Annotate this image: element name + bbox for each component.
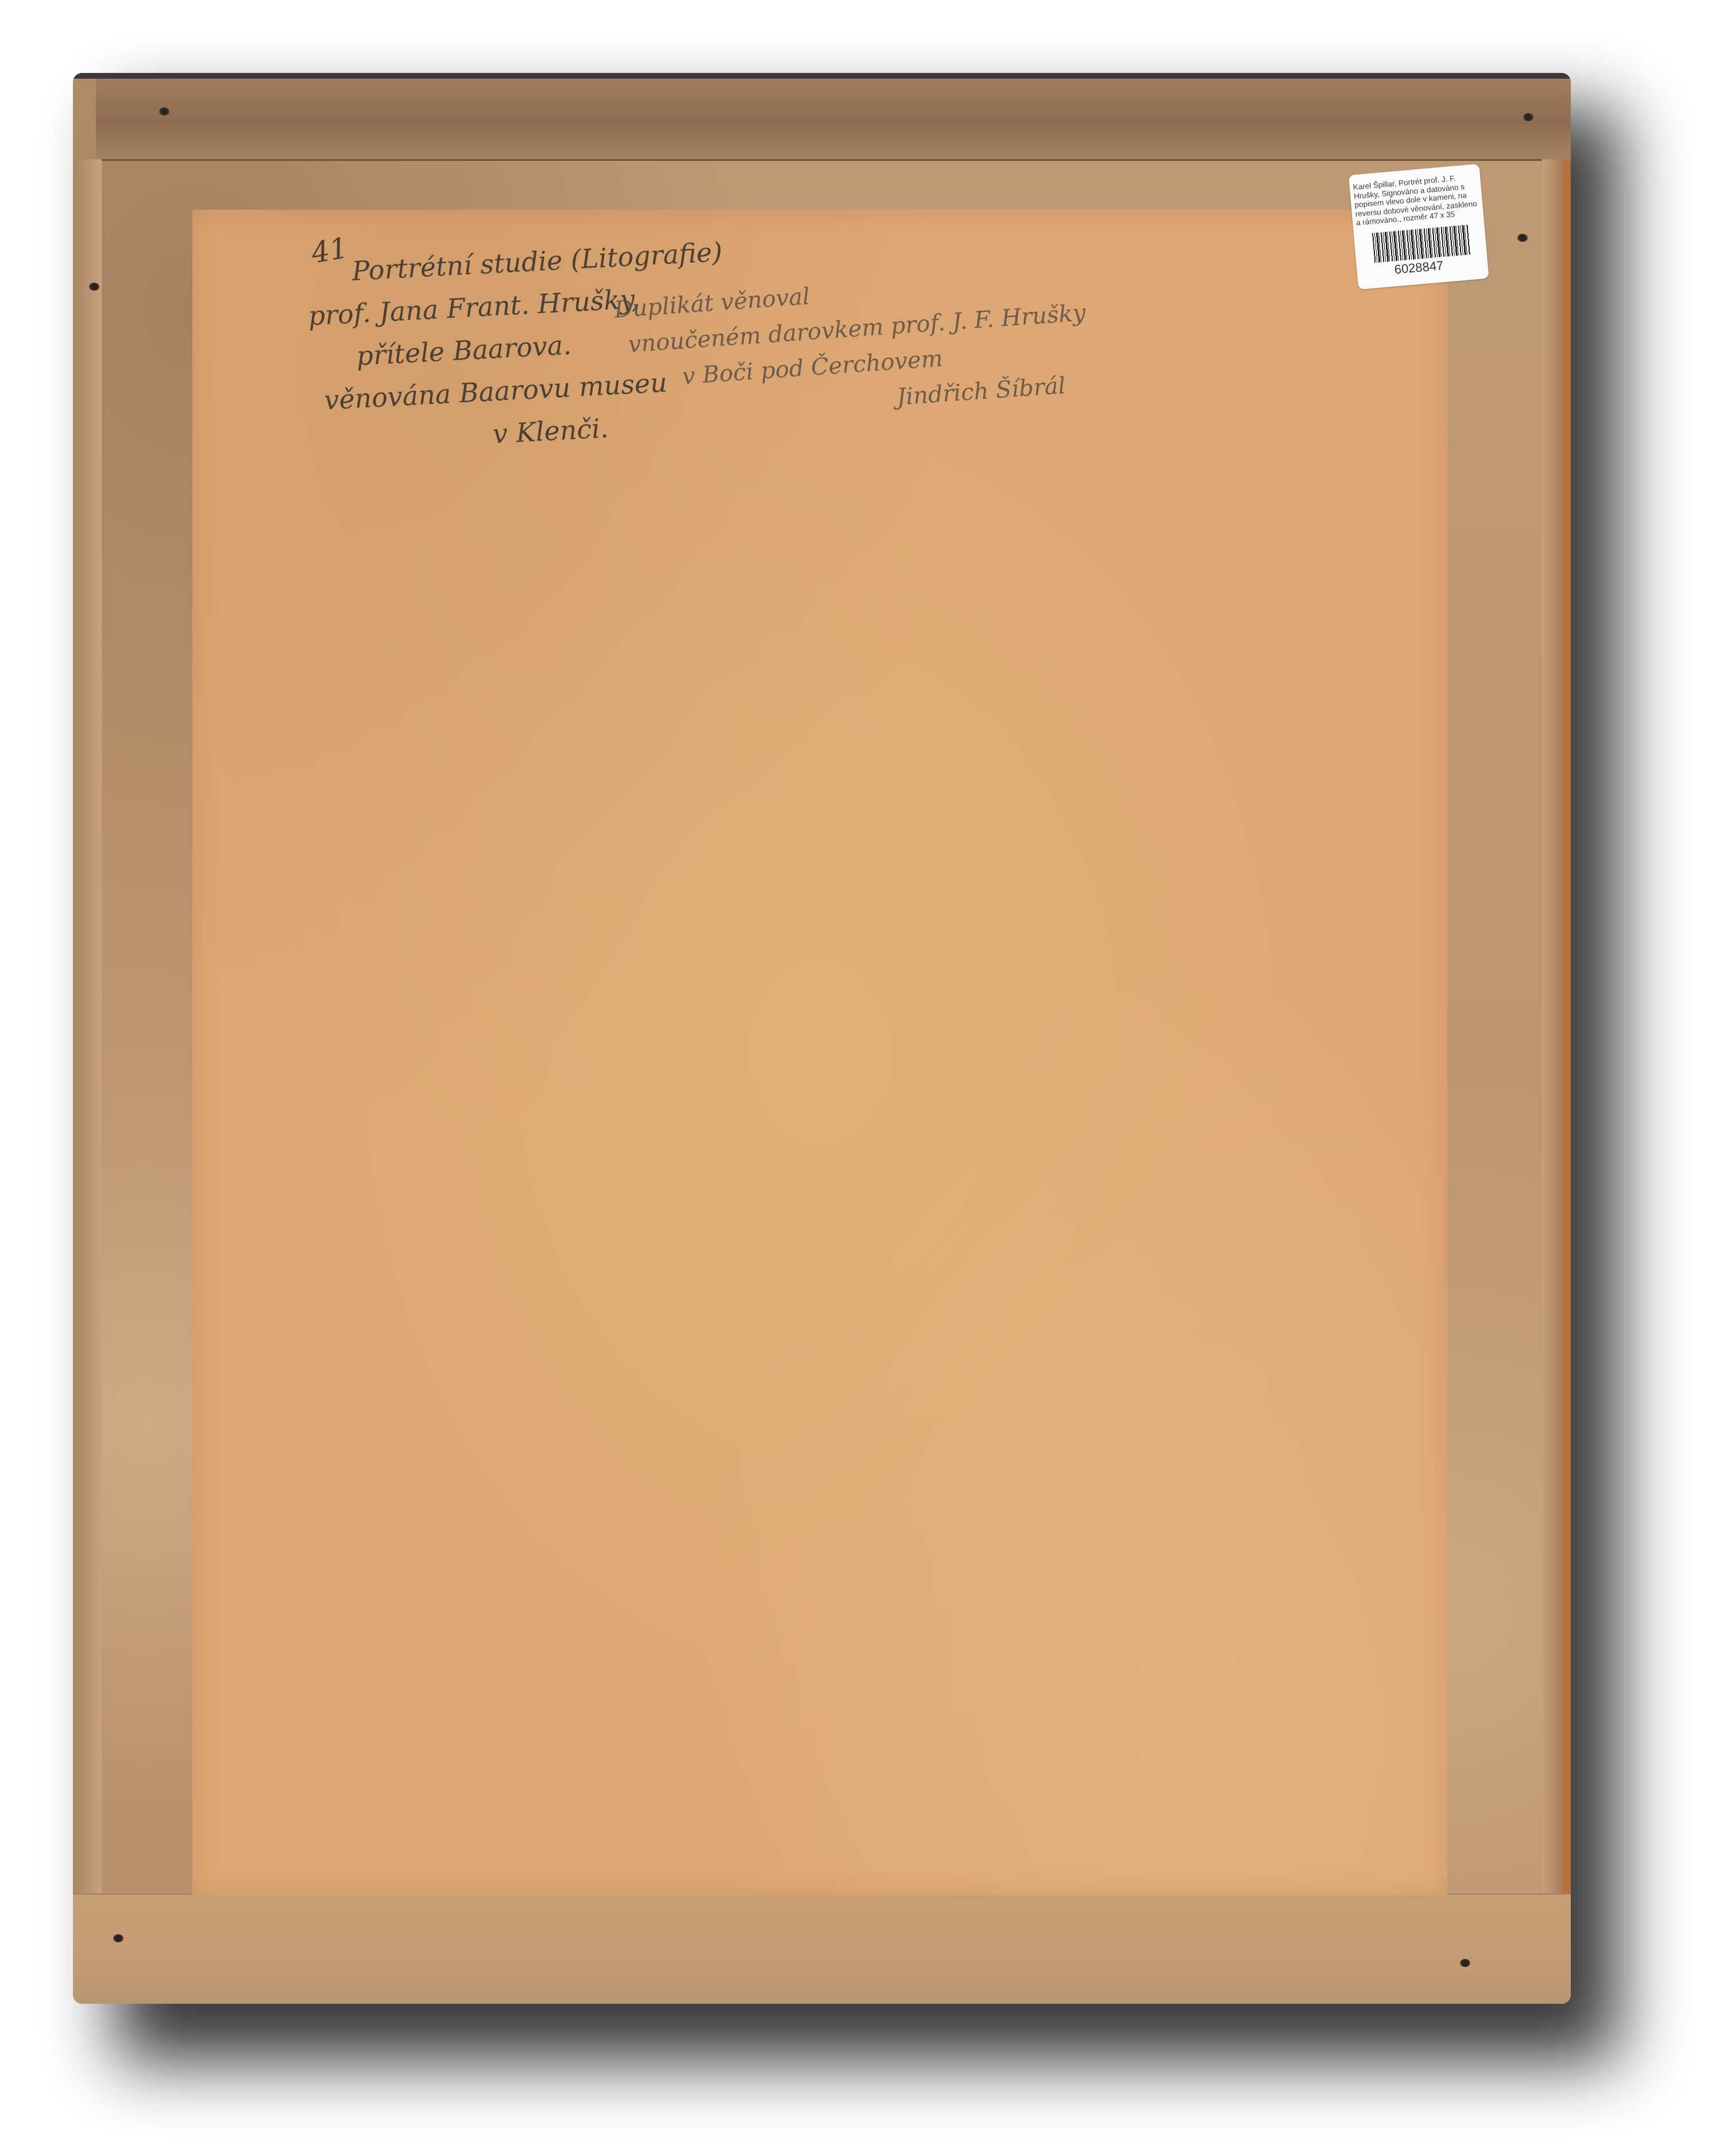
label-description: Karel Špillar, Portrét prof. J. F. Hrušk… [1353,172,1479,227]
inventory-label-sticker: Karel Špillar, Portrét prof. J. F. Hrušk… [1349,164,1489,290]
frame-top-edge [73,73,1571,79]
nail-icon [1460,1959,1470,1967]
nail-icon [1523,113,1533,121]
paper-tape-left [73,159,102,1894]
kraft-backing-panel [192,210,1447,1896]
nail-icon [159,107,169,115]
paper-tape-bottom [73,1893,1571,2004]
nail-icon [1517,234,1528,242]
nail-icon [89,283,99,291]
frame-wood-edge [1563,159,1571,1911]
nail-icon [113,1934,123,1942]
paper-tape-top [96,79,1571,161]
